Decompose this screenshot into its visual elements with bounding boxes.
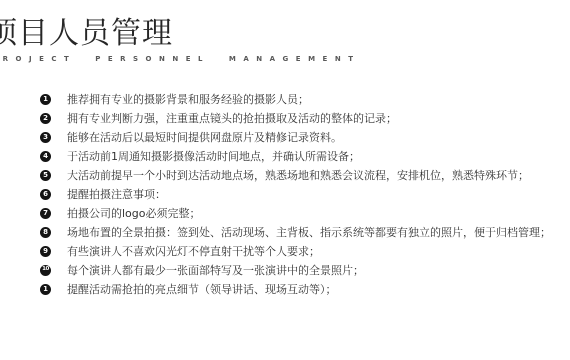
list-item: 1 提醒活动需抢拍的亮点细节（领导讲话、现场互动等）； <box>40 280 570 299</box>
item-number-badge: 9 <box>40 246 51 257</box>
list-item: 8 场地布置的全景拍摄：签到处、活动现场、主背板、指示系统等都要有独立的照片，便… <box>40 223 570 242</box>
list-item: 1 推荐拥有专业的摄影背景和服务经验的摄影人员； <box>40 90 570 109</box>
slide-header: 项目人员管理 PROJECT PERSONNEL MANAGEMENT <box>0 17 570 63</box>
item-text: 拍摄公司的logo必须完整； <box>67 205 201 221</box>
page-title: 项目人员管理 <box>0 17 570 52</box>
page-subtitle: PROJECT PERSONNEL MANAGEMENT <box>0 55 570 63</box>
list-item: 10 每个演讲人都有最少一张面部特写及一张演讲中的全景照片； <box>40 261 570 280</box>
list-item: 2 拥有专业判断力强，注重重点镜头的抢拍摄取及活动的整体的记录； <box>40 109 570 128</box>
item-text: 推荐拥有专业的摄影背景和服务经验的摄影人员； <box>67 91 309 107</box>
list-item: 5 大活动前提早一个小时到达活动地点场，熟悉场地和熟悉会议流程，安排机位，熟悉特… <box>40 166 570 185</box>
item-text: 于活动前1周通知摄影摄像活动时间地点，并确认所需设备； <box>67 148 360 164</box>
item-number-badge: 1 <box>40 284 51 295</box>
item-number-badge: 7 <box>40 208 51 219</box>
list-item: 9 有些演讲人不喜欢闪光灯不停直射干扰等个人要求； <box>40 242 570 261</box>
numbered-list: 1 推荐拥有专业的摄影背景和服务经验的摄影人员； 2 拥有专业判断力强，注重重点… <box>40 90 570 299</box>
item-text: 能够在活动后以最短时间提供网盘原片及精修记录资料。 <box>67 129 342 145</box>
list-item: 3 能够在活动后以最短时间提供网盘原片及精修记录资料。 <box>40 128 570 147</box>
item-text: 提醒活动需抢拍的亮点细节（领导讲话、现场互动等）； <box>67 281 337 297</box>
item-number-badge: 2 <box>40 113 51 124</box>
item-text: 拥有专业判断力强，注重重点镜头的抢拍摄取及活动的整体的记录； <box>67 110 397 126</box>
item-number-badge: 5 <box>40 170 51 181</box>
item-number-badge: 4 <box>40 151 51 162</box>
slide-canvas: 项目人员管理 PROJECT PERSONNEL MANAGEMENT 1 推荐… <box>0 0 570 360</box>
item-text: 场地布置的全景拍摄：签到处、活动现场、主背板、指示系统等都要有独立的照片，便于归… <box>67 224 551 240</box>
item-text: 有些演讲人不喜欢闪光灯不停直射干扰等个人要求； <box>67 243 320 259</box>
item-text: 每个演讲人都有最少一张面部特写及一张演讲中的全景照片； <box>67 262 364 278</box>
item-number-badge: 8 <box>40 227 51 238</box>
item-number-badge: 10 <box>40 265 51 276</box>
list-item: 6 提醒拍摄注意事项： <box>40 185 570 204</box>
item-text: 提醒拍摄注意事项： <box>67 186 166 202</box>
list-item: 7 拍摄公司的logo必须完整； <box>40 204 570 223</box>
list-item: 4 于活动前1周通知摄影摄像活动时间地点，并确认所需设备； <box>40 147 570 166</box>
item-number-badge: 6 <box>40 189 51 200</box>
item-text: 大活动前提早一个小时到达活动地点场，熟悉场地和熟悉会议流程，安排机位，熟悉特殊环… <box>67 167 529 183</box>
item-number-badge: 1 <box>40 94 51 105</box>
item-number-badge: 3 <box>40 132 51 143</box>
